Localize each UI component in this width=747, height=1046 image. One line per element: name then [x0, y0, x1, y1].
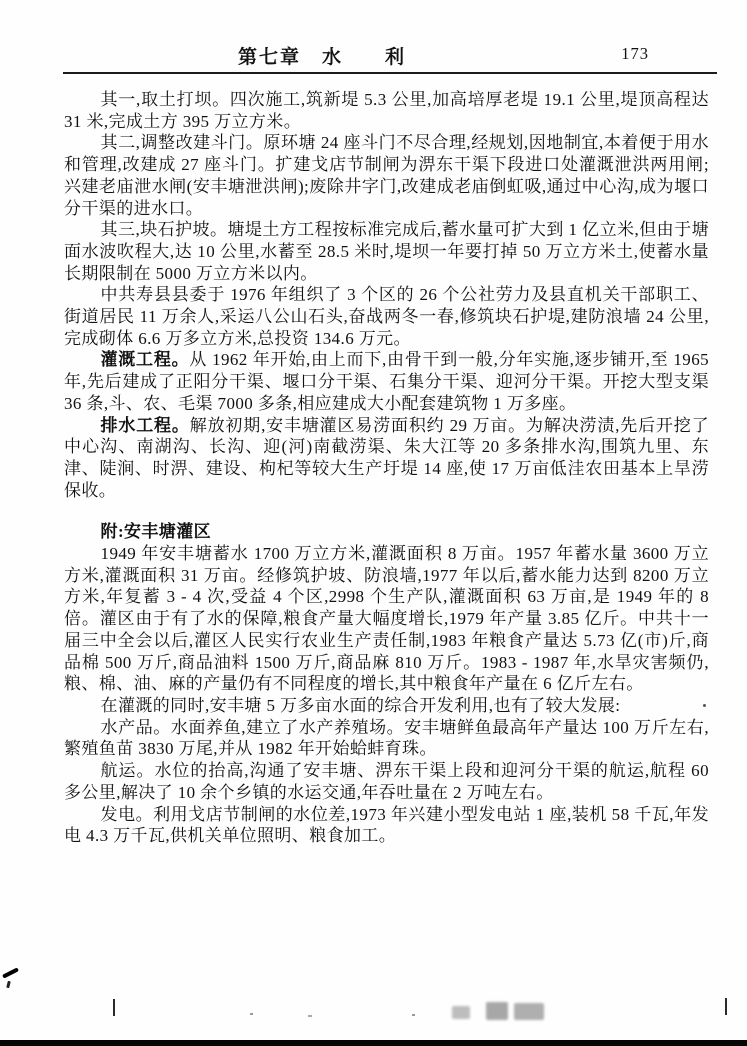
- scan-smudge: [452, 1006, 470, 1019]
- paragraph: 航运。水位的抬高,沟通了安丰塘、淠东干渠上段和迎河分干渠的航运,航程 60 多公…: [64, 760, 709, 803]
- paragraph: 1949 年安丰塘蓄水 1700 万立方米,灌溉面积 8 万亩。1957 年蓄水…: [64, 543, 709, 695]
- scanned-book-page: 第七章 水 利 173 其一,取土打坝。四次施工,筑新堤 5.3 公里,加高培厚…: [0, 0, 747, 1046]
- scan-speck: [308, 1015, 312, 1017]
- scan-tick-mark: [725, 998, 727, 1015]
- paragraph: 其一,取土打坝。四次施工,筑新堤 5.3 公里,加高培厚老堤 19.1 公里,堤…: [64, 89, 709, 132]
- body-paragraphs: 其一,取土打坝。四次施工,筑新堤 5.3 公里,加高培厚老堤 19.1 公里,堤…: [64, 89, 709, 847]
- paragraph-lead: 灌溉工程。: [101, 350, 190, 369]
- scan-pen-mark: [2, 967, 19, 978]
- scan-tick-mark: [113, 999, 115, 1016]
- paragraph: 中共寿县县委于 1976 年组织了 3 个区的 26 个公社劳力及县直机关干部职…: [64, 284, 709, 349]
- scan-speck: [412, 1014, 415, 1016]
- paragraph: 在灌溉的同时,安丰塘 5 万多亩水面的综合开发利用,也有了较大发展:: [64, 695, 709, 717]
- paragraph: 发电。利用戈店节制闸的水位差,1973 年兴建小型发电站 1 座,装机 58 千…: [64, 804, 709, 847]
- paragraph: 排水工程。解放初期,安丰塘灌区易涝面积约 29 万亩。为解决涝渍,先后开挖了中心…: [64, 415, 709, 502]
- paragraph-lead: 排水工程。: [101, 416, 190, 435]
- scan-smudge: [514, 1003, 544, 1020]
- paragraph: 其三,块石护坡。塘堤土方工程按标准完成后,蓄水量可扩大到 1 亿立米,但由于塘面…: [64, 219, 709, 284]
- paragraph: 灌溉工程。从 1962 年开始,由上而下,由骨干到一般,分年实施,逐步铺开,至 …: [64, 349, 709, 414]
- page-header: 第七章 水 利 173: [0, 42, 747, 72]
- paragraph: 其二,调整改建斗门。原环塘 24 座斗门不尽合理,经规划,因地制宜,本着便于用水…: [64, 132, 709, 219]
- scan-bottom-edge: [0, 1040, 747, 1046]
- page-number: 173: [621, 44, 649, 64]
- paragraph: 水产品。水面养鱼,建立了水产养殖场。安丰塘鲜鱼最高年产量达 100 万斤左右,繁…: [64, 717, 709, 760]
- appendix-heading: 附:安丰塘灌区: [64, 521, 709, 543]
- scan-pen-mark: [6, 981, 11, 989]
- header-rule: [63, 72, 717, 74]
- scan-speck: [250, 1013, 253, 1015]
- chapter-title: 第七章 水 利: [238, 42, 406, 69]
- scan-smudge: [486, 1002, 508, 1020]
